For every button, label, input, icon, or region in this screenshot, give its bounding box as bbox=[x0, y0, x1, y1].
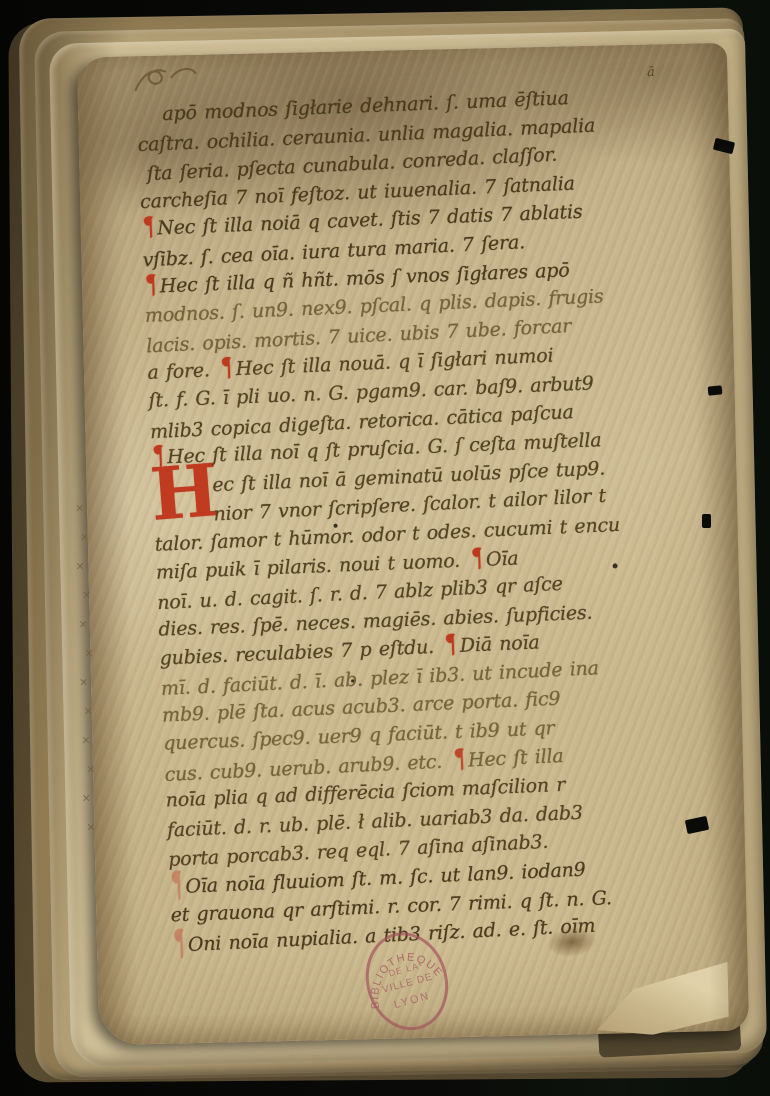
photo-background: ā H apō modnos ſigłarie dehnari. ſ. uma … bbox=[0, 0, 770, 1096]
paraph-mark-icon bbox=[219, 356, 233, 383]
corner-fold bbox=[596, 959, 730, 1036]
margin-mark: × bbox=[80, 530, 90, 543]
margin-mark: × bbox=[81, 733, 91, 746]
margin-mark: × bbox=[79, 675, 89, 688]
margin-mark: × bbox=[86, 762, 96, 775]
stamp-row3: LYON bbox=[393, 990, 432, 1011]
ink-flourish-icon bbox=[131, 63, 206, 101]
margin-mark: × bbox=[82, 588, 92, 601]
paraph-mark-icon bbox=[141, 215, 155, 241]
paraph-mark-icon bbox=[143, 272, 157, 298]
margin-mark: × bbox=[86, 820, 96, 833]
edge-tear bbox=[708, 385, 723, 395]
paraph-mark-icon bbox=[469, 545, 483, 571]
paraph-mark-icon bbox=[451, 746, 465, 773]
paraph-mark-icon bbox=[443, 632, 457, 659]
margin-mark: × bbox=[84, 646, 94, 659]
paraph-mark-icon bbox=[171, 927, 186, 963]
margin-mark: × bbox=[75, 559, 85, 572]
text-block: ā H apō modnos ſigłarie dehnari. ſ. uma … bbox=[136, 78, 747, 960]
ink-dot bbox=[351, 679, 354, 682]
manuscript-page: ā H apō modnos ſigłarie dehnari. ſ. uma … bbox=[77, 43, 749, 1045]
ink-dot bbox=[612, 563, 617, 568]
ink-dot bbox=[334, 524, 338, 528]
margin-mark: × bbox=[84, 704, 94, 717]
margin-mark: × bbox=[79, 617, 89, 630]
margin-mark: × bbox=[75, 501, 85, 514]
paraph-mark-icon bbox=[169, 868, 183, 904]
edge-tear bbox=[702, 514, 711, 528]
superscript-note: ā bbox=[647, 65, 655, 80]
paraph-mark-icon bbox=[151, 443, 165, 469]
margin-mark: × bbox=[82, 791, 92, 804]
